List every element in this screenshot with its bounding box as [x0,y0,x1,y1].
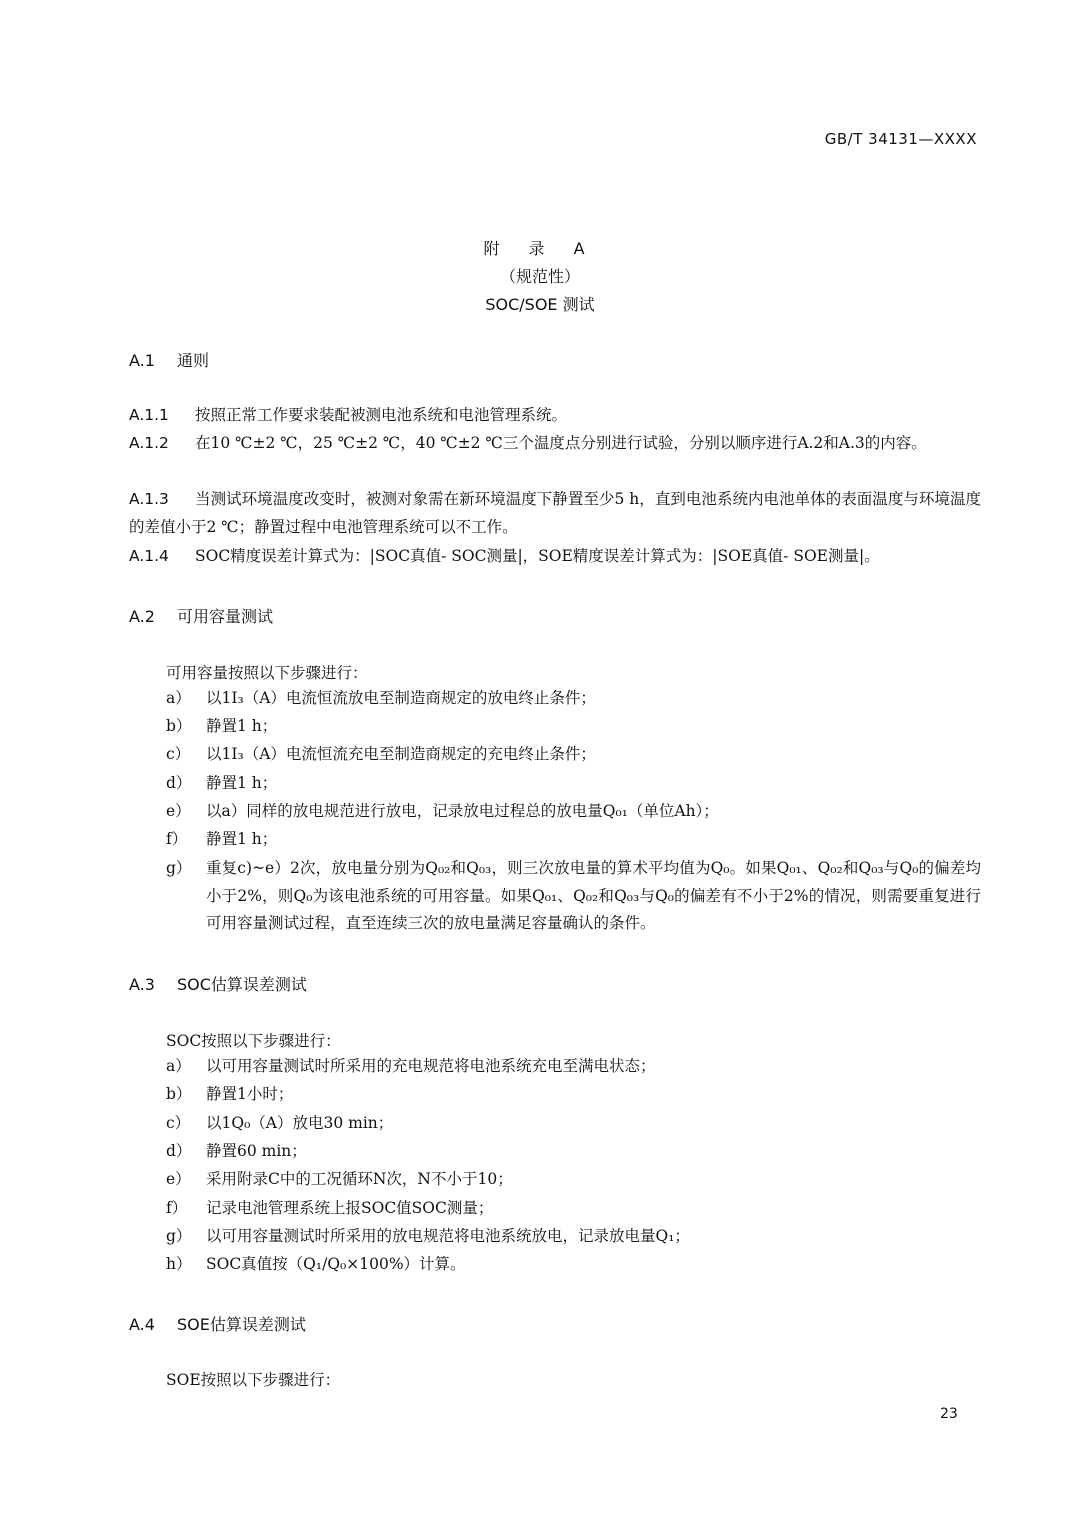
step-item: f）静置1 h； [166,826,981,854]
step-text: 静置1小时； [206,1081,981,1109]
step-item: b）静置1小时； [166,1081,981,1109]
section-heading-a3: A.3SOC估算误差测试 [129,972,307,995]
step-item: e）采用附录C中的工况循环N次，N不小于10； [166,1166,981,1194]
clause-a1-3: A.1.3当测试环境温度改变时，被测对象需在新环境温度下静置至少5 h，直到电池… [129,486,981,541]
section-heading-a4: A.4SOE估算误差测试 [129,1312,306,1335]
clause-text: 当测试环境温度改变时，被测对象需在新环境温度下静置至少5 h，直到电池系统内电池… [129,490,981,536]
section-intro-a4: SOE按照以下步骤进行： [166,1368,340,1390]
step-text: 静置60 min； [206,1138,981,1166]
clause-text: SOC精度误差计算式为：|SOC真值- SOC测量|，SOE精度误差计算式为：|… [195,547,880,565]
step-label: a） [166,685,206,713]
step-text: 记录电池管理系统上报SOC值SOC测量； [206,1195,981,1223]
section-number: A.3 [129,975,177,994]
step-item: a）以可用容量测试时所采用的充电规范将电池系统充电至满电状态； [166,1053,981,1081]
annex-subject: SOC/SOE 测试 [0,292,1080,315]
step-label: c） [166,1110,206,1138]
section-number: A.1 [129,351,177,370]
step-label: g） [166,1223,206,1251]
step-label: b） [166,1081,206,1109]
section-intro-a3: SOC按照以下步骤进行： [166,1029,341,1051]
step-item: f）记录电池管理系统上报SOC值SOC测量； [166,1195,981,1223]
step-label: e） [166,1166,206,1194]
step-label: d） [166,770,206,798]
step-label: h） [166,1251,206,1279]
step-item: c）以1Q₀（A）放电30 min； [166,1110,981,1138]
step-text: SOC真值按（Q₁/Q₀×100%）计算。 [206,1251,981,1279]
clause-number: A.1.2 [129,430,195,458]
clause-number: A.1.3 [129,486,195,514]
step-item: e）以a）同样的放电规范进行放电，记录放电过程总的放电量Q₀₁（单位Ah）； [166,798,981,826]
clause-number: A.1.1 [129,402,195,430]
section-title: 通则 [177,351,209,370]
clause-text: 在10 ℃±2 ℃，25 ℃±2 ℃，40 ℃±2 ℃三个温度点分别进行试验，分… [195,434,927,452]
step-label: f） [166,826,206,854]
step-item: d）静置60 min； [166,1138,981,1166]
clause-number: A.1.4 [129,543,195,571]
clause-a1-2: A.1.2在10 ℃±2 ℃，25 ℃±2 ℃，40 ℃±2 ℃三个温度点分别进… [129,430,981,458]
annex-nature: （规范性） [0,264,1080,287]
step-text: 以a）同样的放电规范进行放电，记录放电过程总的放电量Q₀₁（单位Ah）； [206,798,981,826]
clause-a1-1: A.1.1按照正常工作要求装配被测电池系统和电池管理系统。 [129,402,981,430]
page-number: 23 [940,1406,958,1422]
step-item: h）SOC真值按（Q₁/Q₀×100%）计算。 [166,1251,981,1279]
step-text: 以1I₃（A）电流恒流放电至制造商规定的放电终止条件； [206,685,981,713]
section-intro-a2: 可用容量按照以下步骤进行： [166,661,368,683]
step-text: 采用附录C中的工况循环N次，N不小于10； [206,1166,981,1194]
section-title: 可用容量测试 [177,607,273,626]
document-page: GB/T 34131—XXXX 附 录 A （规范性） SOC/SOE 测试 A… [0,0,1080,1528]
section-number: A.4 [129,1315,177,1334]
step-label: c） [166,741,206,769]
section-number: A.2 [129,607,177,626]
step-text: 以可用容量测试时所采用的充电规范将电池系统充电至满电状态； [206,1053,981,1081]
step-text: 以可用容量测试时所采用的放电规范将电池系统放电，记录放电量Q₁； [206,1223,981,1251]
clause-text: 按照正常工作要求装配被测电池系统和电池管理系统。 [195,406,567,424]
step-item: d）静置1 h； [166,770,981,798]
step-text: 静置1 h； [206,826,981,854]
step-item: c）以1I₃（A）电流恒流充电至制造商规定的充电终止条件； [166,741,981,769]
standard-code: GB/T 34131—XXXX [825,130,977,148]
step-label: b） [166,713,206,741]
annex-title: 附 录 A [0,236,1080,259]
step-item: g）重复c)~e）2次，放电量分别为Q₀₂和Q₀₃，则三次放电量的算术平均值为Q… [166,855,981,938]
step-item: b）静置1 h； [166,713,981,741]
section-title: SOC估算误差测试 [177,975,307,994]
step-text: 以1Q₀（A）放电30 min； [206,1110,981,1138]
section-heading-a1: A.1通则 [129,348,209,371]
step-text: 静置1 h； [206,713,981,741]
step-label: d） [166,1138,206,1166]
step-text: 重复c)~e）2次，放电量分别为Q₀₂和Q₀₃，则三次放电量的算术平均值为Q₀。… [206,855,981,938]
clause-a1-4: A.1.4SOC精度误差计算式为：|SOC真值- SOC测量|，SOE精度误差计… [129,543,981,571]
step-item: g）以可用容量测试时所采用的放电规范将电池系统放电，记录放电量Q₁； [166,1223,981,1251]
section-title: SOE估算误差测试 [177,1315,306,1334]
section-heading-a2: A.2可用容量测试 [129,604,273,627]
step-text: 以1I₃（A）电流恒流充电至制造商规定的充电终止条件； [206,741,981,769]
step-text: 静置1 h； [206,770,981,798]
step-item: a）以1I₃（A）电流恒流放电至制造商规定的放电终止条件； [166,685,981,713]
step-label: g） [166,855,206,883]
step-label: a） [166,1053,206,1081]
step-label: f） [166,1195,206,1223]
step-label: e） [166,798,206,826]
